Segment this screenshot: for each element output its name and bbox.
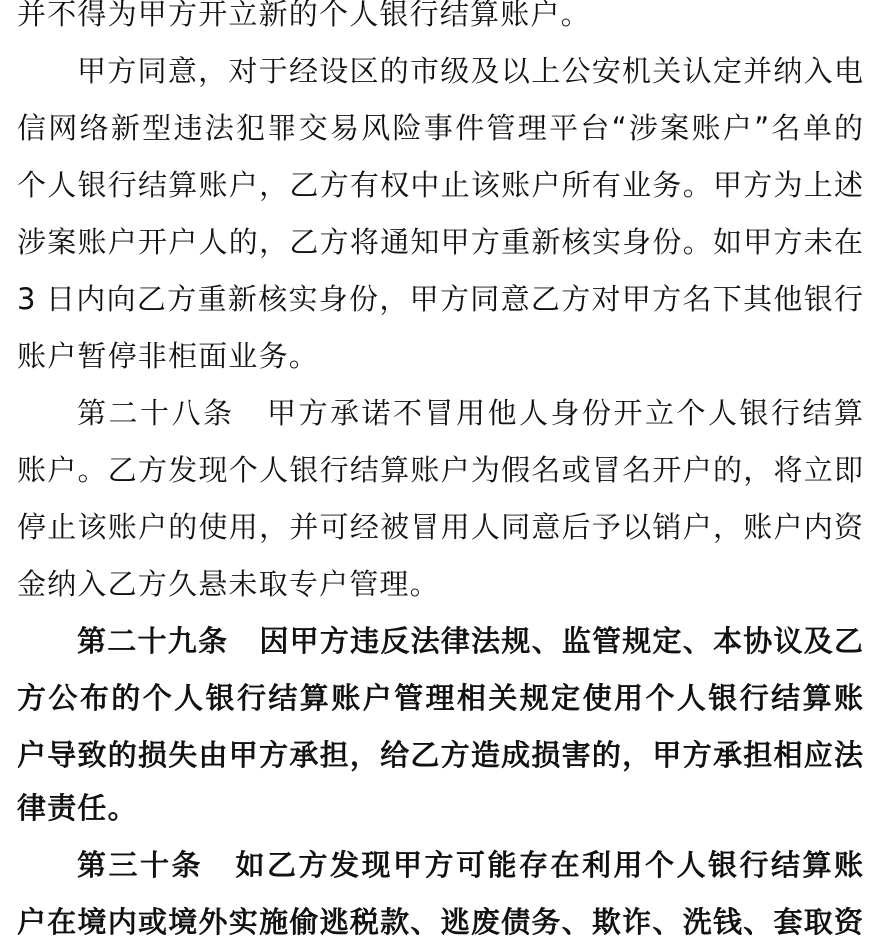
text-line: 律责任。 bbox=[17, 788, 863, 828]
article-first-line-text: 甲方承诺不冒用他人身份开立个人银行结算 bbox=[265, 396, 863, 430]
text-line: 甲方同意，对于经设区的市级及以上公安机关认定并纳入电 bbox=[77, 51, 863, 91]
text-line: 个人银行结算账户，乙方有权中止该账户所有业务。甲方为上述 bbox=[17, 165, 863, 205]
article-first-line-text: 如乙方发现甲方可能存在利用个人银行结算账 bbox=[233, 848, 863, 882]
article-first-line-text: 因甲方违反法律法规、监管规定、本协议及乙 bbox=[258, 624, 863, 658]
text-line: 停止该账户的使用，并可经被冒用人同意后予以销户，账户内资 bbox=[17, 507, 863, 547]
text-line: 并不得为甲方开立新的个人银行结算账户。 bbox=[17, 0, 863, 34]
text-line: 信网络新型违法犯罪交易风险事件管理平台“涉案账户”名单的 bbox=[17, 108, 863, 148]
article-heading-line: 第三十条如乙方发现甲方可能存在利用个人银行结算账 bbox=[77, 845, 863, 885]
text-line: 户导致的损失由甲方承担，给乙方造成损害的，甲方承担相应法 bbox=[17, 735, 863, 775]
text-line: 金纳入乙方久悬未取专户管理。 bbox=[17, 564, 863, 604]
document-page: 并不得为甲方开立新的个人银行结算账户。 甲方同意，对于经设区的市级及以上公安机关… bbox=[0, 0, 880, 944]
text-line: 户在境内或境外实施偷逃税款、逃废债务、欺诈、洗钱、套取资 bbox=[17, 902, 863, 942]
article-heading-line: 第二十八条甲方承诺不冒用他人身份开立个人银行结算 bbox=[77, 393, 863, 433]
text-line: 账户暂停非柜面业务。 bbox=[17, 336, 863, 376]
text-line: 涉案账户开户人的，乙方将通知甲方重新核实身份。如甲方未在 bbox=[17, 222, 863, 262]
article-label: 第二十九条 bbox=[77, 624, 228, 658]
article-heading-line: 第二十九条因甲方违反法律法规、监管规定、本协议及乙 bbox=[77, 621, 863, 661]
text-line: 账户。乙方发现个人银行结算账户为假名或冒名开户的，将立即 bbox=[17, 450, 863, 490]
text-line: 方公布的个人银行结算账户管理相关规定使用个人银行结算账 bbox=[17, 678, 863, 718]
text-line: 3 日内向乙方重新核实身份，甲方同意乙方对甲方名下其他银行 bbox=[17, 279, 863, 319]
article-label: 第三十条 bbox=[77, 848, 203, 882]
article-label: 第二十八条 bbox=[77, 396, 235, 430]
